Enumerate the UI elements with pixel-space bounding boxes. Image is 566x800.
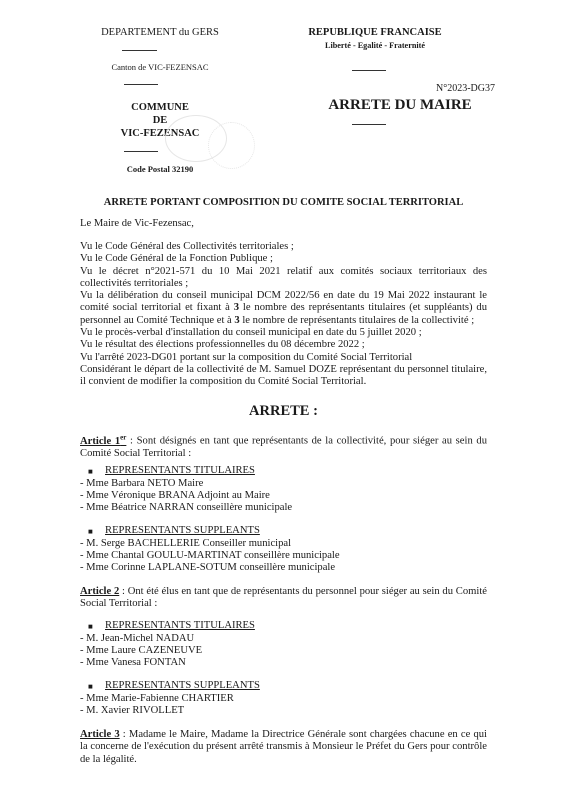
preamble-line: Vu le Code Général de la Fonction Publiq… xyxy=(80,253,487,265)
divider xyxy=(352,124,386,125)
article-1-titulaires-list: - Mme Barbara NETO Maire - Mme Véronique… xyxy=(80,478,292,515)
preamble-line: Vu le décret n°2021-571 du 10 Mai 2021 r… xyxy=(80,266,487,291)
canton-label: Canton de VIC-FEZENSAC xyxy=(60,62,260,72)
article-2: Article 2 : Ont été élus en tant que de … xyxy=(80,586,487,611)
arrete-heading: ARRETE : xyxy=(80,403,487,420)
article-2-label: Article 2 xyxy=(80,586,119,597)
list-item: - Mme Vanesa FONTAN xyxy=(80,657,202,669)
article-1-text: : Sont désignés en tant que représentant… xyxy=(80,436,487,459)
department-label: DEPARTEMENT du GERS xyxy=(60,27,260,38)
bullet-icon: ■ xyxy=(88,682,93,691)
article-3: Article 3 : Madame le Maire, Madame la D… xyxy=(80,729,487,766)
article-1-label: Article 1er xyxy=(80,436,126,447)
bullet-icon: ■ xyxy=(88,622,93,631)
article-3-label: Article 3 xyxy=(80,729,120,740)
list-item: - M. Jean-Michel NADAU xyxy=(80,633,202,645)
preamble-line: Vu le procès-verbal d'installation du co… xyxy=(80,327,487,339)
divider xyxy=(124,151,158,152)
article-1-suppleants-title: REPRESENTANTS SUPPLEANTS xyxy=(105,525,260,536)
commune-label: COMMUNE xyxy=(60,102,260,113)
list-item: - M. Serge BACHELLERIE Conseiller munici… xyxy=(80,538,340,550)
bullet-icon: ■ xyxy=(88,527,93,536)
bold-number: 3 xyxy=(234,315,239,326)
preamble: Vu le Code Général des Collectivités ter… xyxy=(80,241,487,389)
document-title: ARRETE DU MAIRE xyxy=(280,97,520,114)
preamble-line: Vu l'arrêté 2023-DG01 portant sur la com… xyxy=(80,352,487,364)
bold-number: 3 xyxy=(234,302,239,313)
document-heading: ARRETE PORTANT COMPOSITION DU COMITE SOC… xyxy=(80,197,487,208)
bullet-icon: ■ xyxy=(88,467,93,476)
stamp-mark xyxy=(208,122,255,169)
article-2-titulaires-list: - M. Jean-Michel NADAU - Mme Laure CAZEN… xyxy=(80,633,202,670)
preamble-line: Vu la délibération du conseil municipal … xyxy=(80,290,487,327)
motto: Liberté - Egalité - Fraternité xyxy=(280,41,470,50)
divider xyxy=(124,84,158,85)
article-1-suppleants-list: - M. Serge BACHELLERIE Conseiller munici… xyxy=(80,538,340,575)
preamble-line: Vu le Code Général des Collectivités ter… xyxy=(80,241,487,253)
article-1: Article 1er : Sont désignés en tant que … xyxy=(80,431,487,460)
article-3-text: : Madame le Maire, Madame la Directrice … xyxy=(80,729,487,765)
list-item: - Mme Chantal GOULU-MARTINAT conseillère… xyxy=(80,550,340,562)
list-item: - M. Xavier RIVOLLET xyxy=(80,705,234,717)
article-2-suppleants-title: REPRESENTANTS SUPPLEANTS xyxy=(105,680,260,691)
list-item: - Mme Véronique BRANA Adjoint au Maire xyxy=(80,490,292,502)
list-item: - Mme Barbara NETO Maire xyxy=(80,478,292,490)
preamble-line: Considérant le départ de la collectivité… xyxy=(80,364,487,389)
list-item: - Mme Laure CAZENEUVE xyxy=(80,645,202,657)
list-item: - Mme Marie-Fabienne CHARTIER xyxy=(80,693,234,705)
article-2-titulaires-title: REPRESENTANTS TITULAIRES xyxy=(105,620,255,631)
decree-number: N°2023-DG37 xyxy=(436,83,495,94)
preamble-line: Vu le résultat des élections professionn… xyxy=(80,339,487,351)
salutation: Le Maire de Vic-Fezensac, xyxy=(80,218,194,229)
divider xyxy=(122,50,157,51)
list-item: - Mme Béatrice NARRAN conseillère munici… xyxy=(80,502,292,514)
divider xyxy=(352,70,386,71)
republic-label: REPUBLIQUE FRANCAISE xyxy=(280,27,470,38)
list-item: - Mme Corinne LAPLANE-SOTUM conseillère … xyxy=(80,562,340,574)
article-2-suppleants-list: - Mme Marie-Fabienne CHARTIER - M. Xavie… xyxy=(80,693,234,717)
article-1-titulaires-title: REPRESENTANTS TITULAIRES xyxy=(105,465,255,476)
article-2-text: : Ont été élus en tant que de représenta… xyxy=(80,586,487,609)
